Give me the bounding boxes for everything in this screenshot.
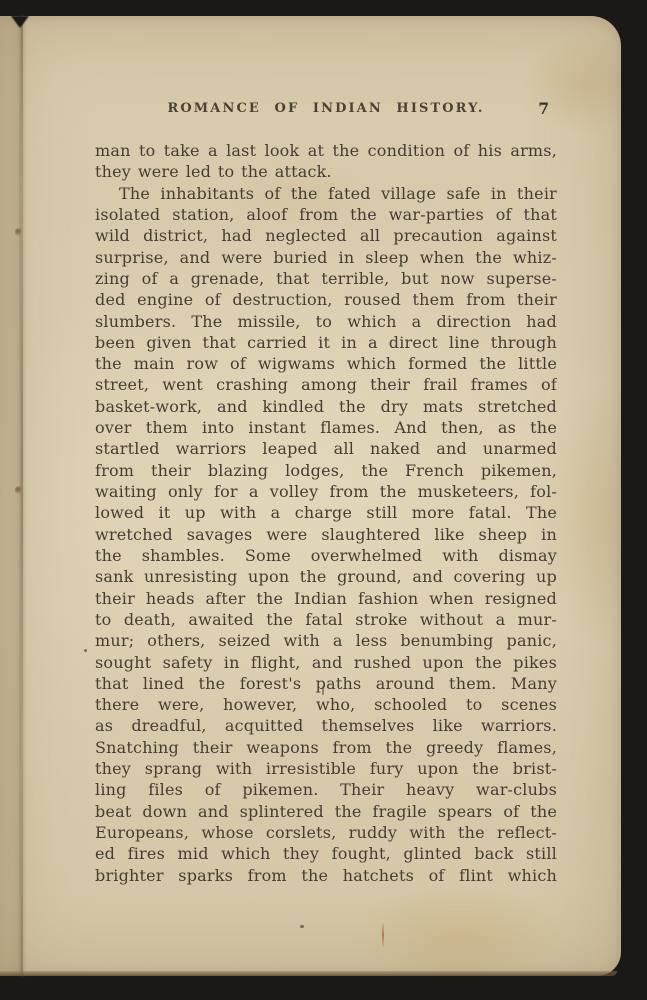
text-line: The inhabitants of the fated village saf… — [95, 183, 557, 204]
binding-crease — [21, 16, 23, 976]
text-line: they were led to the attack. — [95, 161, 557, 182]
text-line: ling files of pikemen. Their heavy war-c… — [95, 779, 557, 800]
text-line: wretched savages were slaughtered like s… — [95, 524, 557, 545]
text-line: as dreadful, acquitted themselves like w… — [95, 715, 557, 736]
book-page: ROMANCE OF INDIAN HISTORY. 7 man to take… — [0, 16, 621, 976]
text-line: the main row of wigwams which formed the… — [95, 353, 557, 374]
text-line: they sprang with irresistible fury upon … — [95, 758, 557, 779]
page-fold-notch — [11, 16, 29, 28]
text-line: that lined the forest's paths around the… — [95, 673, 557, 694]
ink-mark — [382, 923, 384, 947]
text-line: street, went crashing among their frail … — [95, 374, 557, 395]
text-line: brighter sparks from the hatchets of fli… — [95, 865, 557, 886]
ink-stroke-mark — [322, 686, 324, 695]
text-line: lowed it up with a charge still more fat… — [95, 502, 557, 523]
text-line: Europeans, whose corslets, ruddy with th… — [95, 822, 557, 843]
text-line: over them into instant flames. And then,… — [95, 417, 557, 438]
page-bottom-edge — [0, 971, 617, 976]
text-line: from their blazing lodges, the French pi… — [95, 460, 557, 481]
binding-stitch — [15, 486, 22, 494]
text-line: sought safety in flight, and rushed upon… — [95, 652, 557, 673]
text-line: mur; others, seized with a less benumbin… — [95, 630, 557, 651]
page-number: 7 — [538, 99, 549, 118]
text-line: surprise, and were buried in sleep when … — [95, 247, 557, 268]
paper-speck — [84, 649, 87, 652]
binding-stitch — [15, 228, 22, 236]
text-line: sank unresisting upon the ground, and co… — [95, 566, 557, 587]
text-line: there were, however, who, schooled to sc… — [95, 694, 557, 715]
text-line: slumbers. The missile, to which a direct… — [95, 311, 557, 332]
text-line: beat down and splintered the fragile spe… — [95, 801, 557, 822]
text-line: ded engine of destruction, roused them f… — [95, 289, 557, 310]
text-line: the shambles. Some overwhelmed with dism… — [95, 545, 557, 566]
text-line: to death, awaited the fatal stroke witho… — [95, 609, 557, 630]
paper-speck — [300, 925, 304, 928]
text-line: zing of a grenade, that terrible, but no… — [95, 268, 557, 289]
scan-background: { "page": { "header": { "running_title":… — [0, 0, 647, 1000]
text-line: ed fires mid which they fought, glinted … — [95, 843, 557, 864]
text-line: startled warriors leaped all naked and u… — [95, 438, 557, 459]
text-line: basket-work, and kindled the dry mats st… — [95, 396, 557, 417]
running-title: ROMANCE OF INDIAN HISTORY. — [95, 101, 557, 116]
text-line: waiting only for a volley from the muske… — [95, 481, 557, 502]
text-line: their heads after the Indian fashion whe… — [95, 588, 557, 609]
page-text: man to take a last look at the condition… — [95, 140, 557, 886]
text-line: been given that carried it in a direct l… — [95, 332, 557, 353]
text-line: Snatching their weapons from the greedy … — [95, 737, 557, 758]
page-header: ROMANCE OF INDIAN HISTORY. 7 — [95, 101, 557, 121]
text-line: isolated station, aloof from the war-par… — [95, 204, 557, 225]
text-line: man to take a last look at the condition… — [95, 140, 557, 161]
text-line: wild district, had neglected all precaut… — [95, 225, 557, 246]
